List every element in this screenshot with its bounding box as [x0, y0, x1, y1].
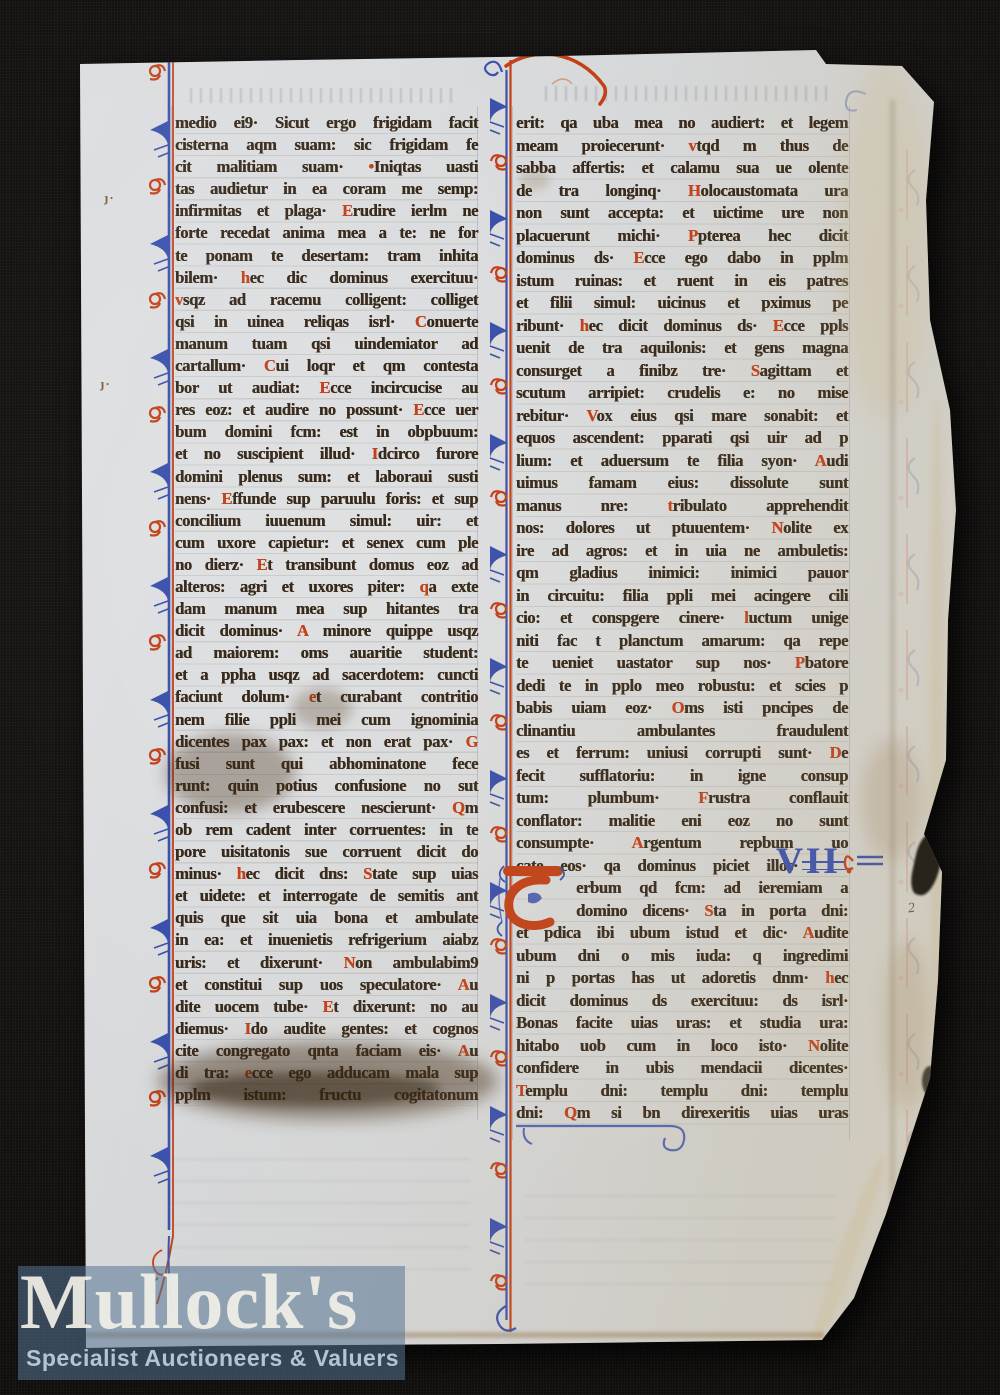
ms-line: rebitur· Vox eius qsi mare sonabit: et	[516, 405, 848, 428]
rubric: A	[815, 451, 827, 470]
ms-line: forte recedat anima mea a te: ne for	[175, 222, 478, 244]
rubric: h	[237, 864, 246, 883]
rubric: h	[241, 268, 250, 287]
showthrough-text-block	[170, 1150, 470, 1270]
ms-line: no dierz· Et transibunt domus eoz ad	[175, 554, 478, 576]
ms-line: manus nre: tribulato apprehendit	[516, 495, 848, 518]
auction-photo: medio ei9· Sicut ergo frigidam facitcist…	[0, 0, 1000, 1395]
rubric: V	[586, 406, 596, 425]
ms-line: dite uocem tube· Et dixerunt: no au	[175, 996, 478, 1018]
rubric: I	[372, 444, 378, 463]
ms-line: cum uxore capietur: et senex cum ple	[175, 532, 478, 554]
ms-line: te ueniet uastator sup nos· Pbatore	[516, 652, 848, 675]
ms-line: vsqz ad racemu colligent: colliget	[175, 289, 478, 311]
foxing-spot	[520, 170, 550, 190]
ms-line: domino dicens· Sta in porta dni:	[516, 900, 848, 923]
ms-line: ob rem cadent inter corruentes: in te	[175, 819, 478, 841]
ms-line: istum ruinas: et ruent in eis patres	[516, 270, 848, 293]
ms-line: manum tuam qsi uindemiator ad	[175, 333, 478, 355]
ms-line: erit: qa uba mea no audiert: et legem	[516, 112, 848, 135]
left-text-column: medio ei9· Sicut ergo frigidam facitcist…	[175, 112, 478, 1106]
ms-line: et a ppha usqz ad sacerdotem: cuncti	[175, 664, 478, 686]
ms-line: dni: Qm si bn direxeritis uias uras	[516, 1102, 848, 1125]
ms-line: et filii simul: uicinus et pximus pe	[516, 292, 848, 315]
rubric: E	[773, 316, 784, 335]
chapter-numeral: VII	[776, 843, 887, 880]
rubric: C	[264, 356, 276, 375]
ms-line: cisterna aqm suam: sic frigidam fe	[175, 134, 478, 156]
rubric: q	[420, 577, 429, 596]
watermark-name: Mullock's	[20, 1266, 405, 1342]
rubric: A	[802, 923, 814, 942]
ms-line: fecit sufflatoriu: in igne consup	[516, 765, 848, 788]
stain	[165, 733, 295, 813]
right-text-column: erit: qa uba mea no audiert: et legemmea…	[516, 112, 848, 1125]
ms-line: bor ut audiat: Ecce incircucise au	[175, 377, 478, 399]
ms-line: qm gladius inimici: inimici pauor	[516, 562, 848, 585]
margin-mark: ȷ·	[100, 376, 111, 392]
leaf-shadow-wrap: medio ei9· Sicut ergo frigidam facitcist…	[0, 0, 1000, 1395]
ms-line: es et ferrum: uniusi corrupti sunt· De	[516, 742, 848, 765]
stain	[190, 1072, 440, 1106]
rubric: A	[631, 833, 643, 852]
rubric: O	[672, 698, 685, 717]
ms-line: meam proiecerunt· vtqd m thus de	[516, 135, 848, 158]
ms-line: et constitui sup uos speculatore· Au	[175, 974, 478, 996]
ms-line: dominus ds· Ecce ego dabo in pplm	[516, 247, 848, 270]
ms-line: te ponam te desertam: tram inhita	[175, 245, 478, 267]
ms-line: equos ascendent: pparati qsi uir ad p	[516, 427, 848, 450]
ms-line: res eoz: et audire no possunt· Ecce uer	[175, 399, 478, 421]
ms-line: nens· Effunde sup paruulu foris: et sup	[175, 488, 478, 510]
divider-top-swash	[498, 44, 622, 110]
watermark-box: Mullock's Specialist Auctioneers & Value…	[18, 1266, 405, 1380]
ms-line: concilium iuuenum simul: uir: et	[175, 510, 478, 532]
ms-line: minus· hec dicit dns: State sup uias	[175, 863, 478, 885]
ms-line: confidere in ubis mendacii dicentes·	[516, 1057, 848, 1080]
ms-line: dicit dominus ds exercituu: ds isrl·	[516, 990, 848, 1013]
ms-line: ire ad agros: et in uia ne ambuletis:	[516, 540, 848, 563]
ms-line: consurget a finibz tre· Sagittam et	[516, 360, 848, 383]
ms-line: infirmitas et plaga· Erudire ierlm ne	[175, 200, 478, 222]
rubric: •	[368, 157, 373, 176]
rubric: h	[580, 316, 589, 335]
ms-line: domini plenus sum: et laboraui susti	[175, 466, 478, 488]
rubric: N	[343, 953, 355, 972]
manuscript-leaf: medio ei9· Sicut ergo frigidam facitcist…	[0, 0, 1000, 1395]
ms-line: dicit dominus· A minore quippe usqz	[175, 620, 478, 642]
ms-line: et pdica ibi ubum istud et dic· Audite	[516, 922, 848, 945]
rubric: F	[698, 788, 708, 807]
ms-line: babis uiam eoz· Oms isti pncipes de	[516, 697, 848, 720]
ms-line: et uidete: et interrogate de semitis ant	[175, 885, 478, 907]
ms-line: medio ei9· Sicut ergo frigidam facit	[175, 112, 478, 134]
rubric: Q	[564, 1103, 577, 1122]
ms-line: lium: et aduersum te filia syon· Audi	[516, 450, 848, 473]
rubric: E	[319, 378, 330, 397]
rubric: E	[413, 400, 424, 419]
ms-line: in ea: et inuenietis refrigerium aiabz	[175, 929, 478, 951]
ms-line: bum domini fcm: est in obpbuum:	[175, 421, 478, 443]
rubric: T	[516, 1081, 525, 1100]
ms-line: cio: et conspgere cinere· luctum unige	[516, 607, 848, 630]
ms-line: Bonas facite uias uras: et studia ura:	[516, 1012, 848, 1035]
rubric: P	[688, 226, 698, 245]
ms-line: de tra longinq· Holocaustomata ura	[516, 180, 848, 203]
ms-line: cit malitiam suam· •Iniqtas uasti	[175, 156, 478, 178]
chapter-numeral-text: VII	[776, 843, 841, 880]
rubric: E	[342, 201, 353, 220]
rubric: A	[297, 621, 308, 640]
ms-line: ubum dni o mis iuda: q ingredimi	[516, 945, 848, 968]
ms-line: et no suscipient illud· Idcirco furore	[175, 443, 478, 465]
stain	[292, 688, 352, 728]
ms-line: uenit de tra aquilonis: et gens magna	[516, 337, 848, 360]
ms-line: diemus· Ido audite gentes: et cognos	[175, 1018, 478, 1040]
rubric: E	[221, 489, 232, 508]
ms-line: sabba affertis: et calamu sua ue olente	[516, 157, 848, 180]
rubric: S	[363, 864, 372, 883]
rubric: v	[175, 290, 183, 309]
ms-line: pore uisitatonis sue corruent dicit do	[175, 841, 478, 863]
showthrough-text-block	[525, 1185, 835, 1285]
edge-discoloration	[840, 60, 930, 420]
ms-line: hitabo uob cum in loco isto· Nolite	[516, 1035, 848, 1058]
ms-line: scutum arripiet: crudelis e: no mise	[516, 382, 848, 405]
ms-line: clinantiu ambulantes fraudulent	[516, 720, 848, 743]
rubric: I	[245, 1019, 251, 1038]
ms-line: non sunt accepta: et uictime ure non	[516, 202, 848, 225]
rubric: C	[415, 312, 427, 331]
ms-line: bilem· hec dic dominus exercituu·	[175, 267, 478, 289]
ms-line: quis que sit uia bona et ambulate	[175, 907, 478, 929]
rubric: P	[795, 653, 805, 672]
rubric: E	[257, 555, 268, 574]
ms-line: tas audietur in ea coram me semp:	[175, 178, 478, 200]
ms-line: uimus famam eius: dissolute sunt	[516, 472, 848, 495]
showthrough-ascenders	[190, 88, 460, 103]
rubric: D	[829, 743, 841, 762]
ms-line: dedi te in pplo meo robustu: et scies p	[516, 675, 848, 698]
ms-line: alteros: agri et uxores piter: qa exte	[175, 576, 478, 598]
rubric: v	[688, 136, 696, 155]
rubric: N	[771, 518, 783, 537]
chapter-initial	[498, 864, 564, 934]
ms-line: cartallum· Cui loqr et qm contesta	[175, 355, 478, 377]
rubric: E	[633, 248, 644, 267]
watermark-tagline: Specialist Auctioneers & Valuers	[26, 1345, 405, 1372]
ms-line: Templu dni: templu dni: templu	[516, 1080, 848, 1103]
rubric: l	[744, 608, 748, 627]
rubric: N	[808, 1036, 820, 1055]
margin-mark: ȷ·	[104, 190, 115, 206]
rubric: S	[704, 901, 713, 920]
ms-line: ribunt· hec dicit dominus ds· Ecce ppls	[516, 315, 848, 338]
ms-line: qsi in uinea reliqas isrl· Conuerte	[175, 311, 478, 333]
rubric: G	[465, 732, 478, 751]
rubric: S	[751, 361, 760, 380]
ms-line: conflator: malitie eni eoz no sunt	[516, 810, 848, 833]
rubric: t	[667, 496, 672, 515]
ms-line: nos: dolores ut ptuuentem· Nolite ex	[516, 517, 848, 540]
rubric: A	[458, 975, 470, 994]
crease-shadow	[890, 100, 895, 1220]
rubric: h	[825, 968, 834, 987]
ms-line: in circuitu: filia ppli mei acingere cil…	[516, 585, 848, 608]
ms-line: tum: plumbum· Frustra conflauit	[516, 787, 848, 810]
edge-hole	[922, 1066, 938, 1096]
rubric: E	[323, 997, 334, 1016]
ms-line: placuerunt michi· Ppterea hec dicit	[516, 225, 848, 248]
ms-line: niti fac t planctum amarum: qa repe	[516, 630, 848, 653]
rubric: H	[688, 181, 701, 200]
rubric: Q	[452, 798, 465, 817]
ms-line: ad maiorem: oms auaritie student:	[175, 642, 478, 664]
ms-line: uris: et dixerunt· Non ambulabim9	[175, 952, 478, 974]
ms-line: ni p portas has ut adoretis dnm· hec	[516, 967, 848, 990]
ms-line: dam manum mea sup hitantes tra	[175, 598, 478, 620]
edge-discoloration	[930, 400, 944, 1040]
